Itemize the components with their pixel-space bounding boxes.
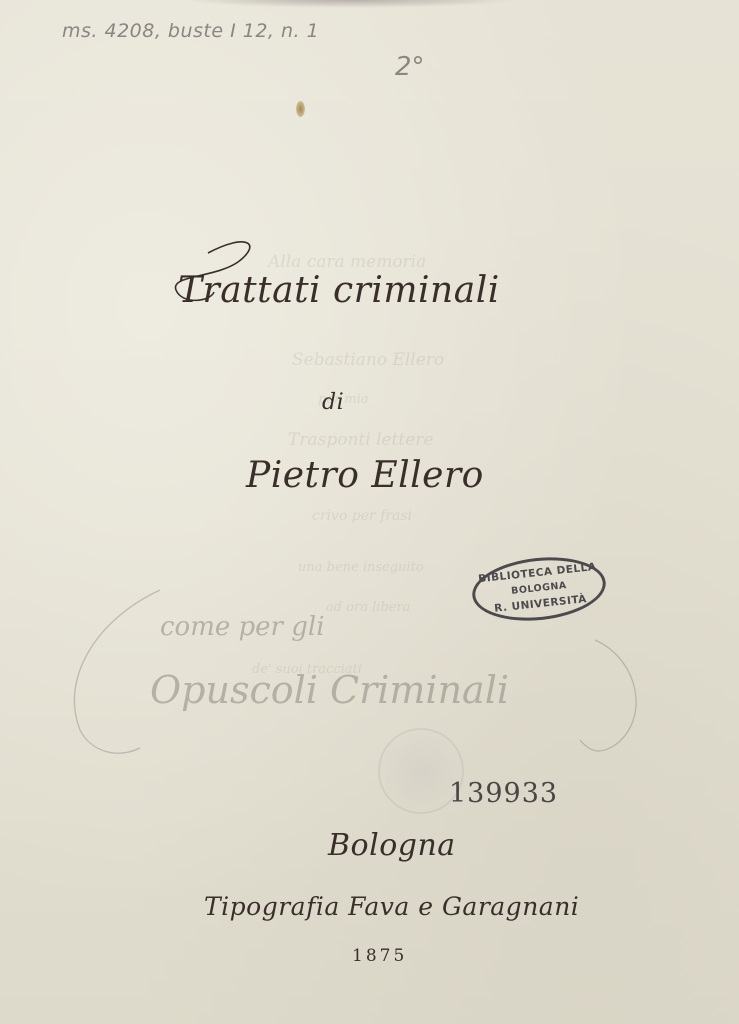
bleed-through-line: ad ora libera <box>326 600 410 615</box>
imprint-place: Bologna <box>328 828 456 863</box>
by-word: di <box>322 390 344 415</box>
pencil-annotation-line-2: Opuscoli Criminali <box>150 668 509 712</box>
library-stamp: BIBLIOTECA DELLA BOLOGNA R. UNIVERSITÀ <box>469 551 609 627</box>
manuscript-page: Alla cara memoria Sebastiano Ellero per … <box>0 0 739 1024</box>
imprint-publisher: Tipografia Fava e Garagnani <box>204 892 579 921</box>
pencil-annotation-line-1: come per gli <box>160 612 325 642</box>
shelfmark-note: ms. 4208, buste I 12, n. 1 <box>62 20 319 42</box>
imprint-year: 1875 <box>352 946 407 966</box>
author-name: Pietro Ellero <box>246 455 484 496</box>
title: Trattati criminali <box>178 270 500 311</box>
bleed-through-line: Sebastiano Ellero <box>292 350 444 370</box>
page-edge-shadow <box>180 0 520 8</box>
bleed-through-line: una bene inseguito <box>298 560 424 575</box>
foxing-stain <box>296 101 305 117</box>
format-note: 2° <box>395 52 425 82</box>
bleed-through-line: Trasponti lettere <box>288 430 433 450</box>
bleed-through-line: crivo per frasi <box>312 508 412 524</box>
accession-number: 139933 <box>449 778 558 809</box>
bleed-through-line: Alla cara memoria <box>268 252 426 272</box>
